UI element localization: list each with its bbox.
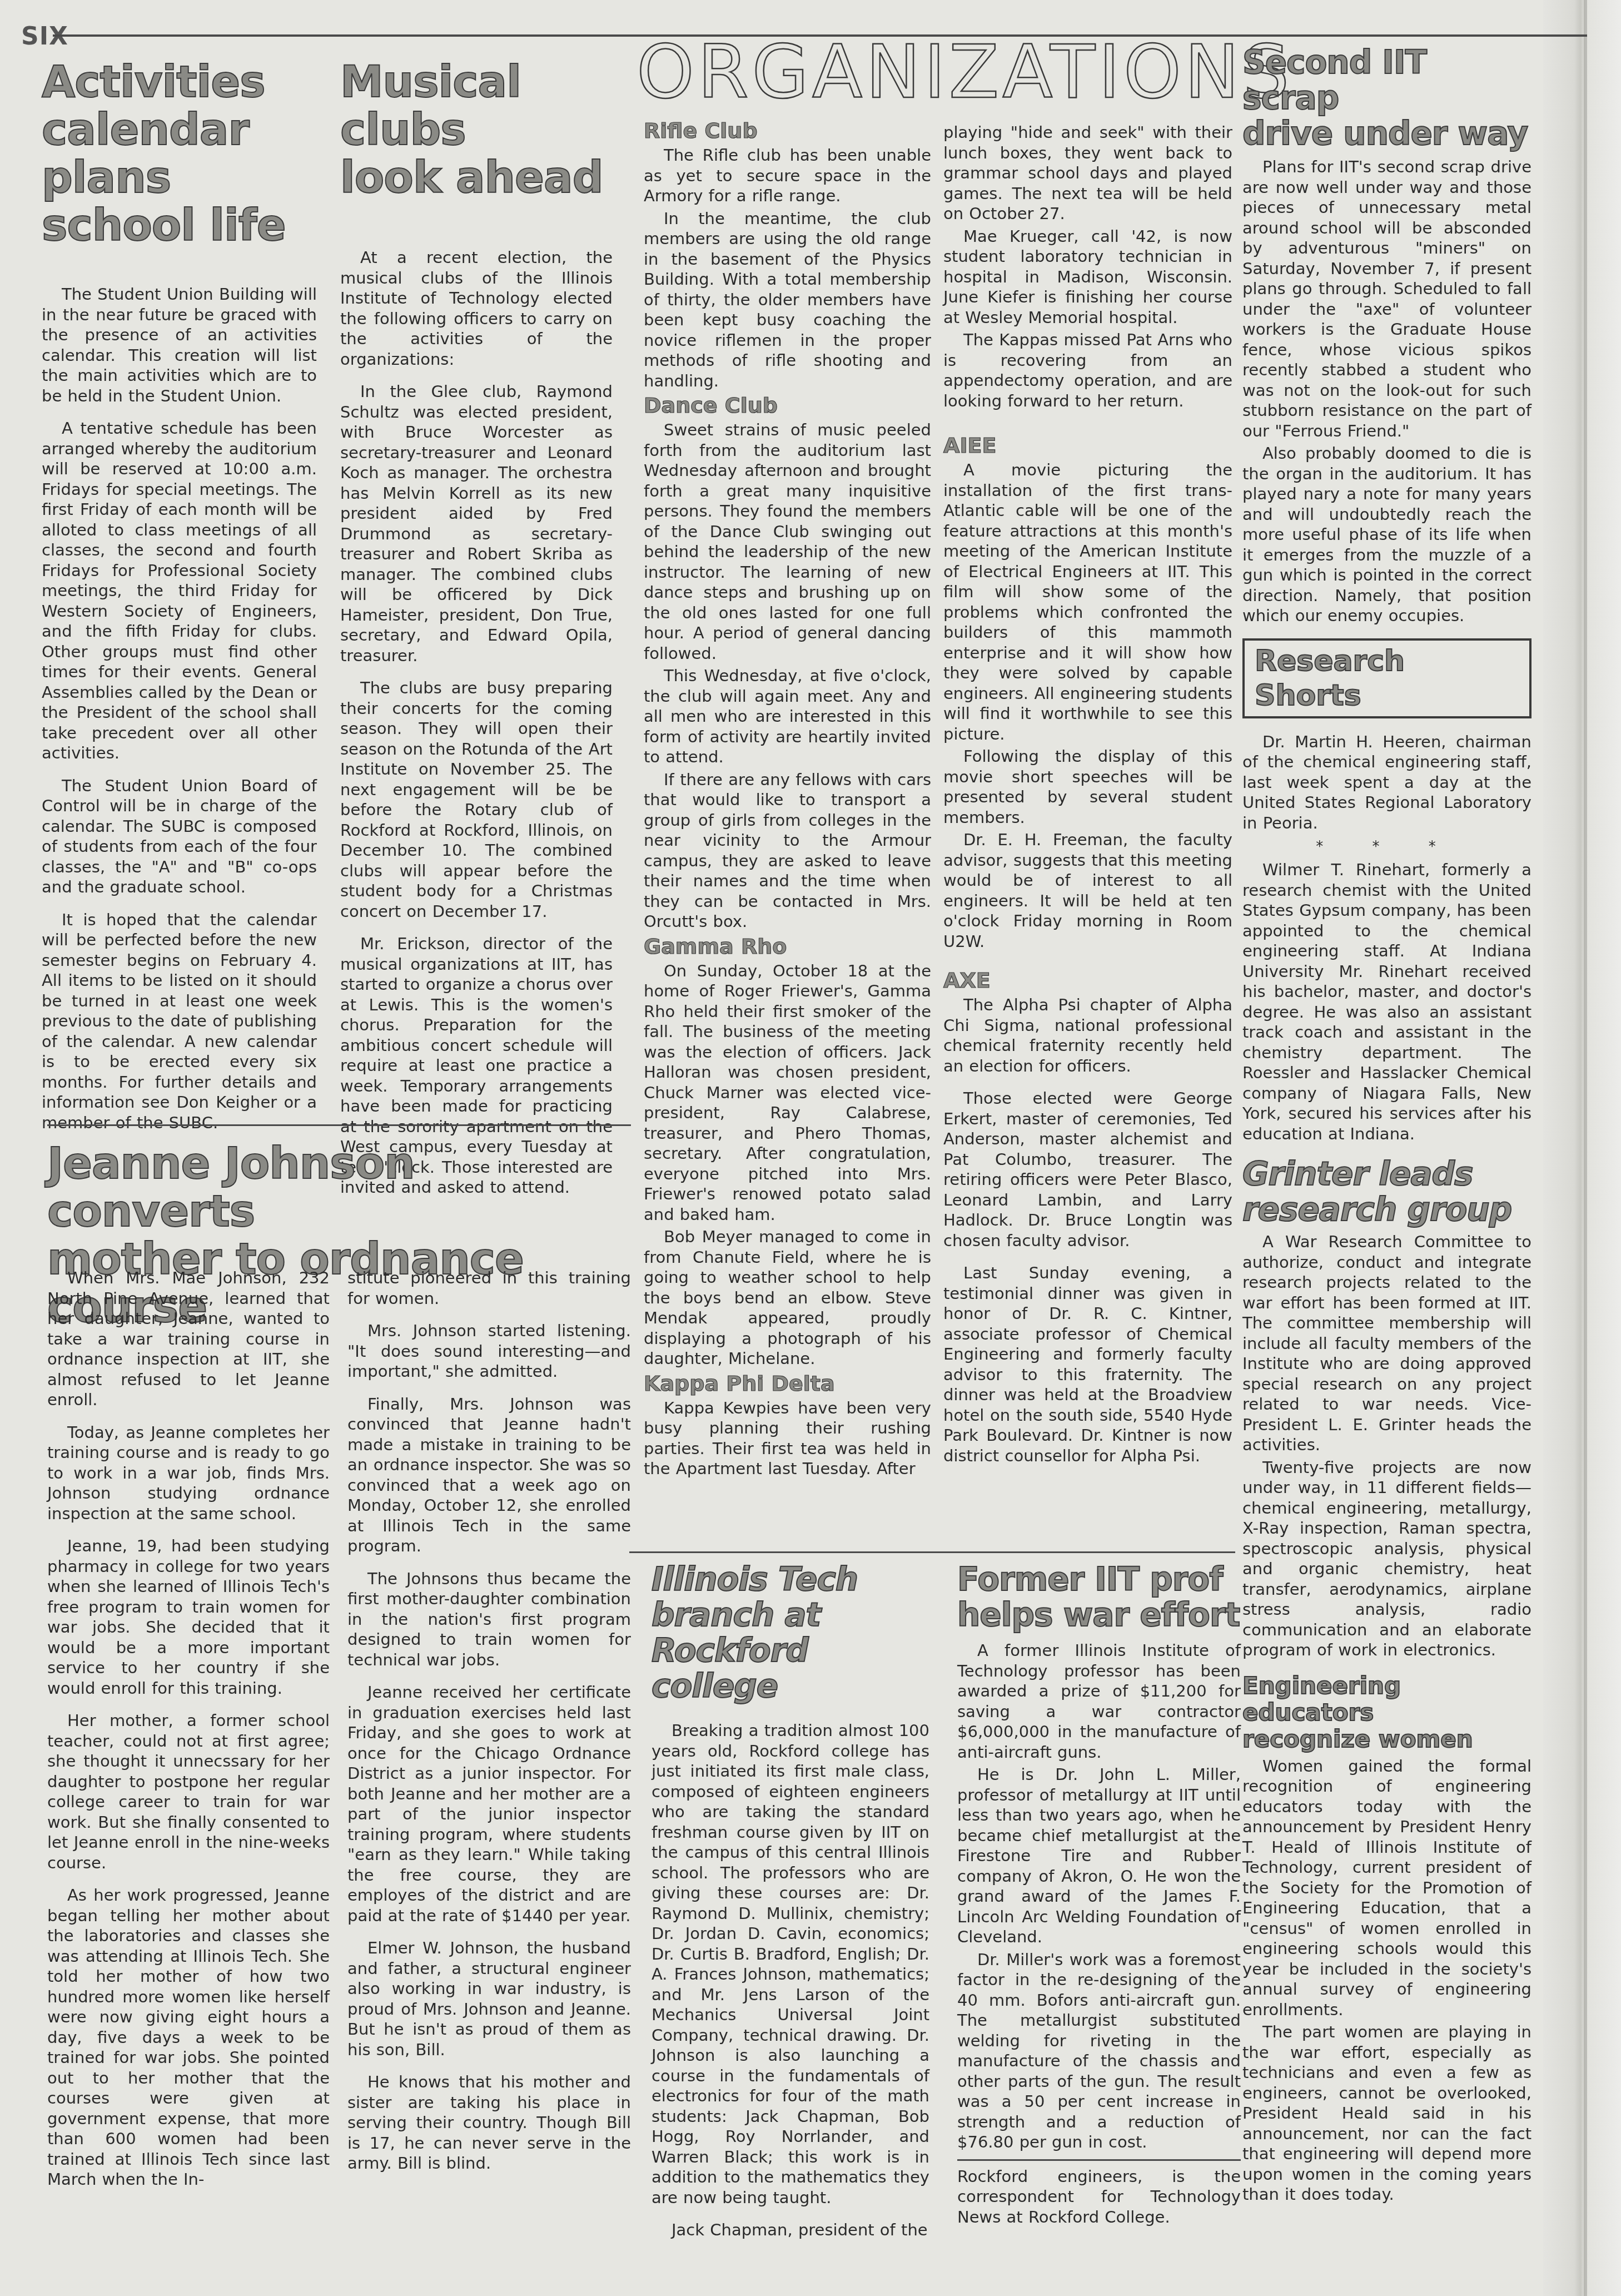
paragraph: Plans for IIT's second scrap drive are n… — [1242, 157, 1532, 441]
headline-engineering-educators: Engineering educators recognize women — [1242, 1673, 1532, 1753]
paragraph: Elmer W. Johnson, the husband and father… — [347, 1938, 631, 2060]
paragraph: Today, as Jeanne completes her training … — [47, 1422, 330, 1524]
rockford-continuation: Rockford engineers, is the correspondent… — [957, 2166, 1241, 2228]
page-fold-line — [1584, 0, 1587, 2296]
headline-rockford: Illinois Tech branch at Rockford college — [652, 1561, 929, 1704]
paragraph: On Sunday, October 18 at the home of Rog… — [644, 961, 931, 1225]
paragraph: If there are any fellows with cars that … — [644, 770, 931, 932]
page-edge-shadow — [1543, 0, 1621, 2296]
research-shorts-box: Research Shorts — [1242, 638, 1532, 718]
article-rockford-college: Illinois Tech branch at Rockford college… — [652, 1561, 929, 2253]
paragraph: Bob Meyer managed to come in from Chanut… — [644, 1227, 931, 1369]
article-activities-calendar: Activities calendar plans school life Th… — [42, 58, 317, 1145]
paragraph: Finally, Mrs. Johnson was convinced that… — [347, 1394, 631, 1556]
paragraph: A movie picturing the installation of th… — [943, 460, 1232, 744]
headline-activities: Activities calendar plans school life — [42, 58, 317, 250]
organizations-column-2: playing "hide and seek" with their lunch… — [943, 122, 1232, 1478]
paragraph: He knows that his mother and sister are … — [347, 2072, 631, 2174]
paragraph: Breaking a tradition almost 100 years ol… — [652, 1720, 929, 2208]
subhead-kappa-phi-delta: Kappa Phi Delta — [644, 1371, 931, 1396]
paragraph: The Rifle club has been unable as yet to… — [644, 145, 931, 206]
paragraph: The Kappas missed Pat Arns who is recove… — [943, 330, 1232, 411]
section-title-organizations: ORGANIZATIONS — [637, 33, 1292, 111]
paragraph: Kappa Kewpies have been very busy planni… — [644, 1398, 931, 1479]
subhead-aiee: AIEE — [943, 433, 1232, 458]
paragraph: The clubs are busy preparing their conce… — [340, 678, 613, 921]
continuation-rule — [957, 2159, 1241, 2161]
article-musical-clubs: Musical clubs look ahead At a recent ele… — [340, 58, 613, 1210]
paragraph: stitute pioneered in this training for w… — [347, 1268, 631, 1308]
paragraph: This Wednesday, at five o'clock, the clu… — [644, 666, 931, 767]
paragraph: As her work progressed, Jeanne began tel… — [47, 1885, 330, 2190]
subhead-gamma-rho: Gamma Rho — [644, 934, 931, 959]
paragraph: Dr. Miller's work was a foremost factor … — [957, 1950, 1241, 2153]
paragraph: Her mother, a former school teacher, cou… — [47, 1710, 330, 1873]
paragraph: Following the display of this movie shor… — [943, 746, 1232, 827]
section-rule — [629, 1551, 1235, 1553]
paragraph: Also probably doomed to die is the organ… — [1242, 443, 1532, 626]
paragraph: Sweet strains of music peeled forth from… — [644, 420, 931, 663]
paragraph: It is hoped that the calendar will be pe… — [42, 910, 317, 1133]
headline-former-prof: Former IIT prof helps war effort — [957, 1561, 1241, 1633]
paragraph: Dr. E. H. Freeman, the faculty advisor, … — [943, 830, 1232, 951]
right-column: Second IIT scrap drive under way Plans f… — [1242, 44, 1532, 2217]
paragraph: In the Glee club, Raymond Schultz was el… — [340, 381, 613, 666]
paragraph: Dr. Martin H. Heeren, chairman of the ch… — [1242, 732, 1532, 834]
paragraph: He is Dr. John L. Miller, professor of m… — [957, 1764, 1241, 1947]
paragraph: Jeanne received her certificate in gradu… — [347, 1682, 631, 1926]
paragraph: The Johnsons thus became the first mothe… — [347, 1569, 631, 1670]
headline-grinter: Grinter leads research group — [1242, 1156, 1532, 1227]
subhead-rifle-club: Rifle Club — [644, 118, 931, 143]
paragraph: Women gained the formal recognition of e… — [1242, 1756, 1532, 2020]
paragraph: A tentative schedule has been arranged w… — [42, 418, 317, 763]
paragraph: Mrs. Johnson started listening. "It does… — [347, 1321, 631, 1382]
paragraph: Mae Krueger, call '42, is now student la… — [943, 226, 1232, 328]
paragraph: Jeanne, 19, had been studying pharmacy i… — [47, 1536, 330, 1698]
jeanne-column-2: stitute pioneered in this training for w… — [347, 1268, 631, 2186]
section-rule — [47, 1124, 631, 1126]
article-former-prof: Former IIT prof helps war effort A forme… — [957, 1561, 1241, 2239]
paragraph: Jack Chapman, president of the — [652, 2220, 929, 2240]
paragraph: The Student Union Building will in the n… — [42, 284, 317, 406]
subhead-axe: AXE — [943, 968, 1232, 993]
paragraph: The part women are playing in the war ef… — [1242, 2022, 1532, 2205]
paragraph: Wilmer T. Rinehart, formerly a research … — [1242, 860, 1532, 1144]
paragraph: playing "hide and seek" with their lunch… — [943, 122, 1232, 224]
heading-research-shorts: Research Shorts — [1255, 644, 1519, 713]
paragraph: In the meantime, the club members are us… — [644, 209, 931, 391]
paragraph: A former Illinois Institute of Technolog… — [957, 1640, 1241, 1762]
paragraph: Those elected were George Erkert, master… — [943, 1088, 1232, 1251]
paragraph: Twenty-five projects are now under way, … — [1242, 1457, 1532, 1660]
separator-stars: * * * — [1242, 839, 1532, 855]
paragraph: Last Sunday evening, a testimonial dinne… — [943, 1263, 1232, 1466]
jeanne-column-1: When Mrs. Mae Johnson, 232 North Pine Av… — [47, 1268, 330, 2202]
organizations-column-1: Rifle Club The Rifle club has been unabl… — [644, 118, 931, 1481]
headline-musical-clubs: Musical clubs look ahead — [340, 58, 613, 202]
headline-scrap-drive: Second IIT scrap drive under way — [1242, 44, 1532, 151]
paragraph: The Student Union Board of Control will … — [42, 776, 317, 897]
paragraph: At a recent election, the musical clubs … — [340, 247, 613, 369]
paragraph: When Mrs. Mae Johnson, 232 North Pine Av… — [47, 1268, 330, 1410]
paragraph: The Alpha Psi chapter of Alpha Chi Sigma… — [943, 995, 1232, 1076]
paragraph: A War Research Committee to authorize, c… — [1242, 1232, 1532, 1455]
subhead-dance-club: Dance Club — [644, 393, 931, 418]
